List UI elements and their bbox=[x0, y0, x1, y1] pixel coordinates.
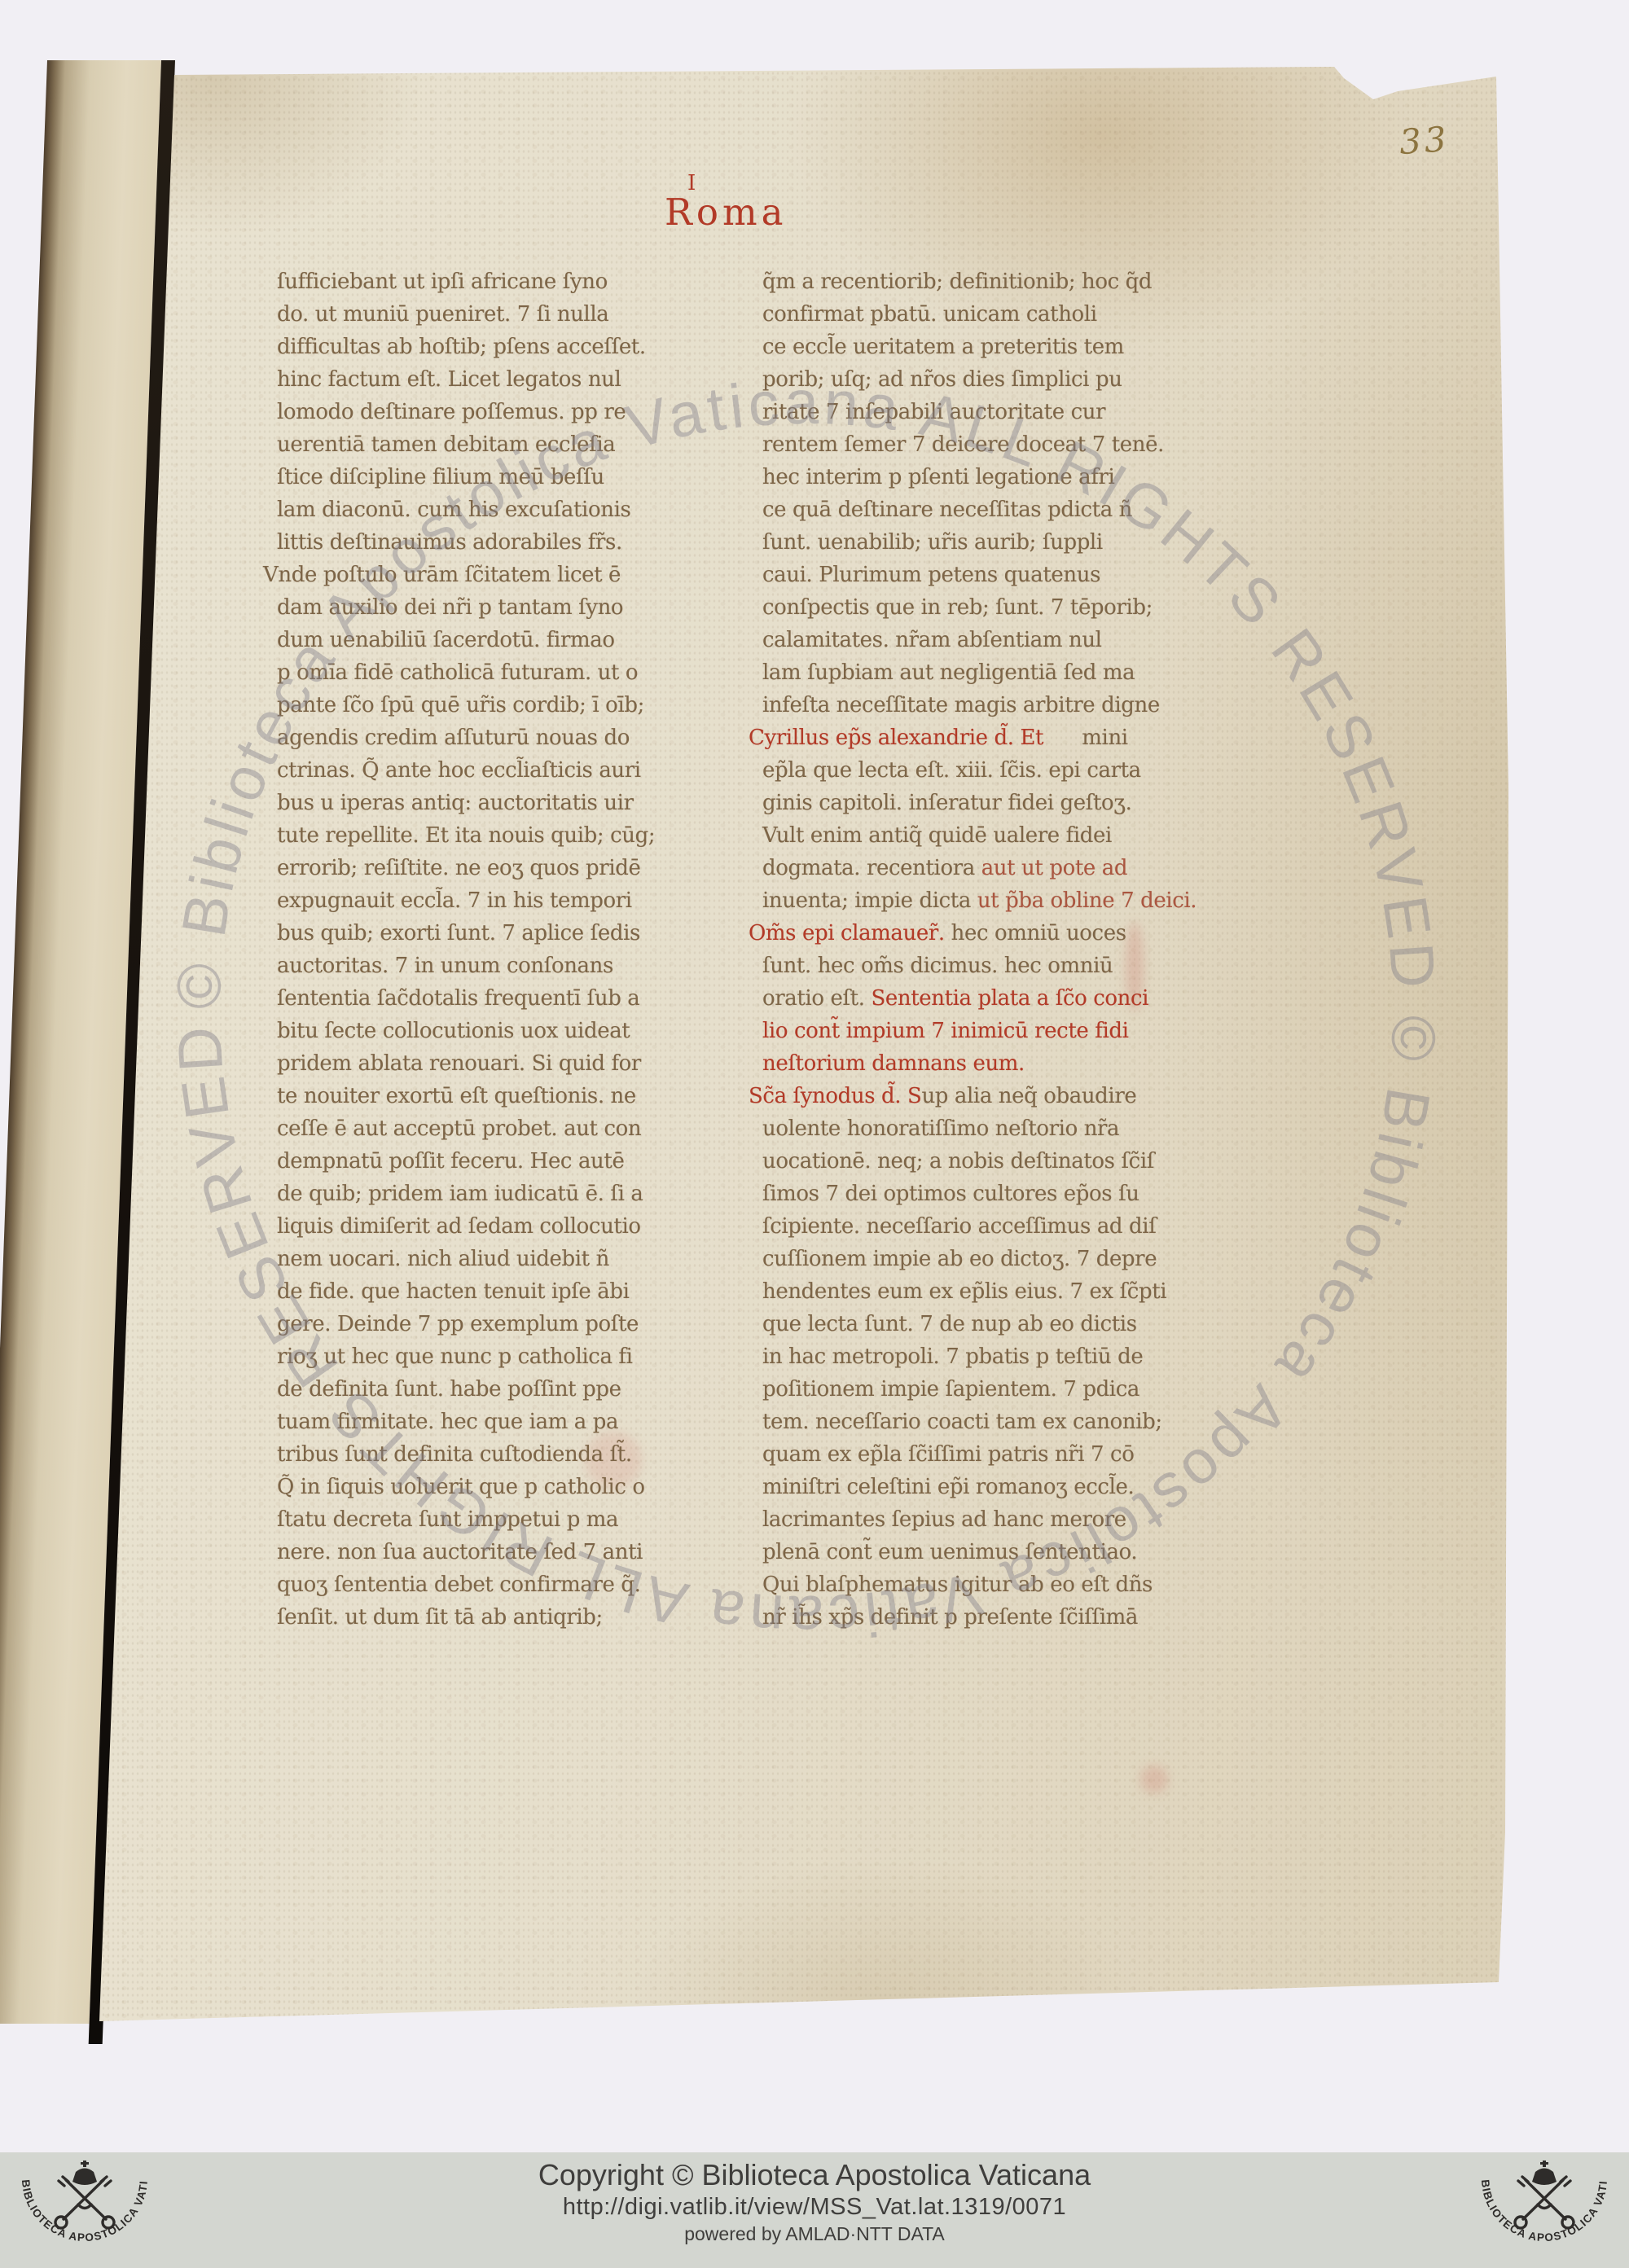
manuscript-line: lio cont̃ impium 7 inimicū recte fidi bbox=[762, 1015, 1231, 1047]
manuscript-line: ſimos 7 dei optimos cultores ep̃os ſu bbox=[762, 1178, 1231, 1210]
text-segment: do. ut muniū pueniret. 7 ſi nulla bbox=[277, 302, 608, 327]
text-segment: ctrinas. Q̃ ante hoc eccl̃iaſticis auri bbox=[277, 758, 641, 783]
manuscript-line: tribus ſunt definita cuſtodienda ſt̃. bbox=[277, 1438, 745, 1471]
manuscript-line: de fide. que hacten tenuit ipſe ābi bbox=[277, 1275, 745, 1308]
manuscript-line: rioʒ ut hec que nunc p catholica fi bbox=[277, 1340, 745, 1373]
manuscript-line: conſpectis que in reb; ſunt. 7 tēporib; bbox=[762, 591, 1231, 624]
manuscript-line: dogmata. recentiora aut ut pote ad bbox=[762, 852, 1231, 884]
text-segment: difficultas ab hoſtib; pſens acceſſet. bbox=[277, 335, 646, 359]
text-segment: tuam firmitate. hec que iam a pa bbox=[277, 1410, 618, 1434]
manuscript-line: ſunt. hec om̃s dicimus. hec omniū bbox=[762, 950, 1231, 982]
manuscript-line: infeſta neceſſitate magis arbitre digne bbox=[762, 689, 1231, 722]
rubric-segment: Sc̃a ſynodus d̃. S bbox=[749, 1084, 921, 1108]
text-segment: lacrimantes ſepius ad hanc merore bbox=[762, 1507, 1126, 1532]
text-segment: tribus ſunt definita cuſtodienda ſt̃. bbox=[277, 1442, 632, 1467]
copyright-line: Copyright © Biblioteca Apostolica Vatica… bbox=[538, 2158, 1091, 2192]
manuscript-line: Vnde poſtulo urām ſc̃itatem licet ē bbox=[263, 559, 745, 591]
text-segment: conſpectis que in reb; ſunt. 7 tēporib; bbox=[762, 595, 1153, 620]
text-segment: ce eccl̃e ueritatem a preteritis tem bbox=[762, 335, 1124, 359]
manuscript-line: Q̃ in ſiquis uoluerit que p catholic o bbox=[277, 1471, 745, 1503]
manuscript-line: ſtice diſcipline filium meū beſſu bbox=[277, 461, 745, 494]
rubric-segment: ut p̃ba obline 7 deici. bbox=[977, 888, 1197, 913]
manuscript-line: lam diaconū. cum his excuſationis bbox=[277, 494, 745, 526]
manuscript-line: Sc̃a ſynodus d̃. Sup alia neq̃ obaudire bbox=[749, 1080, 1231, 1112]
manuscript-page: I Roma 33 ſufficiebant ut ipſi africane … bbox=[81, 57, 1539, 2028]
text-segment: rentem ſemer 7 deicere doceat 7 tenē. bbox=[762, 432, 1164, 457]
text-segment: ſufficiebant ut ipſi africane ſyno bbox=[277, 270, 608, 294]
text-segment: hinc factum eſt. Licet legatos nul bbox=[277, 367, 621, 392]
text-segment: bus u iperas antiq: auctoritatis uir bbox=[277, 791, 634, 815]
manuscript-line: nem uocari. nich aliud uidebit ñ bbox=[277, 1243, 745, 1275]
manuscript-line: Cyrillus ep̃s alexandrie d̃. Et mini bbox=[749, 722, 1231, 754]
text-segment: miniſtri celeſtini ep̃i romanoʒ eccl̃e. bbox=[762, 1475, 1134, 1499]
manuscript-line: inuenta; impie dicta ut p̃ba obline 7 de… bbox=[762, 884, 1231, 917]
manuscript-line: miniſtri celeſtini ep̃i romanoʒ eccl̃e. bbox=[762, 1471, 1231, 1503]
text-segment: uerentiā tamen debitam eccleſia bbox=[277, 432, 615, 457]
text-segment: Vnde poſtulo urām ſc̃itatem licet ē bbox=[263, 563, 621, 587]
text-segment: agendis credim aſſuturū nouas do bbox=[277, 726, 630, 750]
text-segment: poſitionem impie ſapientem. 7 pdica bbox=[762, 1377, 1139, 1402]
manuscript-line: hendentes eum ex ep̃lis eius. 7 ex ſc̃pt… bbox=[762, 1275, 1231, 1308]
text-segment: confirmat pbatū. unicam catholi bbox=[762, 302, 1097, 327]
manuscript-line: in hac metropoli. 7 pbatis p teſtiū de bbox=[762, 1340, 1231, 1373]
manuscript-line: ſufficiebant ut ipſi africane ſyno bbox=[277, 265, 745, 298]
rubric-segment: neſtorium damnans eum. bbox=[762, 1051, 1025, 1076]
rubric-segment: lio cont̃ impium 7 inimicū recte fidi bbox=[762, 1019, 1129, 1043]
text-segment: tute repellite. Et ita nouis quib; cūg; bbox=[277, 823, 655, 848]
text-segment: ep̃la que lecta eſt. xiii. ſc̃is. epi ca… bbox=[762, 758, 1141, 783]
manuscript-line: tute repellite. Et ita nouis quib; cūg; bbox=[277, 819, 745, 852]
rubric-segment: Cyrillus ep̃s alexandrie d̃. Et bbox=[749, 726, 1043, 750]
rubric-segment: Sententia plata a ſc̃o conci bbox=[871, 986, 1148, 1011]
text-segment: nem uocari. nich aliud uidebit ñ bbox=[277, 1247, 609, 1271]
text-segment: tem. neceſſario coacti tam ex canonib; bbox=[762, 1410, 1162, 1434]
text-segment: ſunt. hec om̃s dicimus. hec omniū bbox=[762, 954, 1113, 978]
manuscript-line: Vult enim antiq̃ quidē ualere fidei bbox=[762, 819, 1231, 852]
source-url: http://digi.vatlib.it/view/MSS_Vat.lat.1… bbox=[563, 2192, 1066, 2222]
folio-number: 33 bbox=[1398, 119, 1451, 162]
manuscript-line: auctoritas. 7 in unum conſonans bbox=[277, 950, 745, 982]
manuscript-line: dam auxilio dei nr̃i p tantam ſyno bbox=[277, 591, 745, 624]
rubric-segment: aut ut pote ad bbox=[981, 856, 1127, 880]
text-segment: auctoritas. 7 in unum conſonans bbox=[277, 954, 613, 978]
manuscript-line: pante ſc̃o ſpū quē ur̃is cordib; ī oīb; bbox=[277, 689, 745, 722]
manuscript-line: ctrinas. Q̃ ante hoc eccl̃iaſticis auri bbox=[277, 754, 745, 787]
text-segment: dogmata. recentiora bbox=[762, 856, 981, 880]
manuscript-line: de definita ſunt. habe poſſint ppe bbox=[277, 1373, 745, 1406]
manuscript-line: dum uenabiliū ſacerdotū. firmao bbox=[277, 624, 745, 656]
text-segment: rioʒ ut hec que nunc p catholica fi bbox=[277, 1345, 633, 1369]
manuscript-line: te nouiter exortū eſt queſtionis. ne bbox=[277, 1080, 745, 1112]
manuscript-line: uolente honoratiſſimo neſtorio nr̃a bbox=[762, 1112, 1231, 1145]
text-segment: te nouiter exortū eſt queſtionis. ne bbox=[277, 1084, 636, 1108]
text-segment: hec interim p pſenti legatione afri bbox=[762, 465, 1114, 489]
manuscript-line: Om̃s epi clamauer̃. hec omniū uoces bbox=[749, 917, 1231, 950]
text-segment: lam diaconū. cum his excuſationis bbox=[277, 498, 630, 522]
text-segment: uocationē. neq; a nobis deſtinatos ſc̃iſ bbox=[762, 1149, 1154, 1173]
text-segment: dempnatū poſſit feceru. Hec autē bbox=[277, 1149, 624, 1173]
manuscript-line: ep̃la que lecta eſt. xiii. ſc̃is. epi ca… bbox=[762, 754, 1231, 787]
manuscript-line: cuſſionem impie ab eo dictoʒ. 7 depre bbox=[762, 1243, 1231, 1275]
text-segment: dam auxilio dei nr̃i p tantam ſyno bbox=[277, 595, 623, 620]
manuscript-line: oratio eſt. Sententia plata a ſc̃o conci bbox=[762, 982, 1231, 1015]
manuscript-line: ſunt. uenabilib; ur̃is aurib; ſuppli bbox=[762, 526, 1231, 559]
text-segment: caui. Plurimum petens quatenus bbox=[762, 563, 1100, 587]
manuscript-line: hinc factum eſt. Licet legatos nul bbox=[277, 363, 745, 396]
manuscript-line: ginis capitoli. inſeratur fidei geſtoʒ. bbox=[762, 787, 1231, 819]
text-segment: uolente honoratiſſimo neſtorio nr̃a bbox=[762, 1116, 1119, 1141]
manuscript-line: bus quib; exorti ſunt. 7 aplice ſedis bbox=[277, 917, 745, 950]
manuscript-line: ſenſit. ut dum ſit tā ab antiqrib; bbox=[277, 1601, 745, 1634]
text-segment: p omīa fidē catholicā futuram. ut o bbox=[277, 660, 638, 685]
manuscript-line: errorib; reſiſtite. ne eoʒ quos pridē bbox=[277, 852, 745, 884]
text-segment: ſenſit. ut dum ſit tā ab antiqrib; bbox=[277, 1605, 603, 1630]
text-segment: calamitates. nr̃am abſentiam nul bbox=[762, 628, 1102, 652]
manuscript-line: ce eccl̃e ueritatem a preteritis tem bbox=[762, 331, 1231, 363]
manuscript-line: ſtatu decreta ſunt imppetui p ma bbox=[277, 1503, 745, 1536]
manuscript-line: difficultas ab hoſtib; pſens acceſſet. bbox=[277, 331, 745, 363]
text-segment: in hac metropoli. 7 pbatis p teſtiū de bbox=[762, 1345, 1143, 1369]
text-segment: nr̃ ih̃s xp̃s definit p preſente ſc̃iſſi… bbox=[762, 1605, 1138, 1630]
text-segment: mini bbox=[1043, 726, 1128, 750]
text-segment: gere. Deinde 7 pp exemplum poſte bbox=[277, 1312, 639, 1336]
text-segment: lam ſupbiam aut negligentiā ſed ma bbox=[762, 660, 1135, 685]
manuscript-line: hec interim p pſenti legatione afri bbox=[762, 461, 1231, 494]
text-segment: porib; uſq; ad nr̃os dies ſimplici pu bbox=[762, 367, 1122, 392]
text-segment: lomodo deſtinare poſſemus. pp re bbox=[277, 400, 626, 424]
ink-stain bbox=[1140, 1766, 1168, 1793]
manuscript-line: ſcipiente. neceſſario acceſſimus ad diſ bbox=[762, 1210, 1231, 1243]
manuscript-line: plenā cont̃ eum uenimus ſententiao. bbox=[762, 1536, 1231, 1568]
text-segment: dum uenabiliū ſacerdotū. firmao bbox=[277, 628, 615, 652]
manuscript-line: gere. Deinde 7 pp exemplum poſte bbox=[277, 1308, 745, 1340]
text-segment: infeſta neceſſitate magis arbitre digne bbox=[762, 693, 1160, 717]
papal-keys-tiara-icon bbox=[1515, 2161, 1574, 2228]
manuscript-line: ſententia ſac̃dotalis frequentī ſub a bbox=[277, 982, 745, 1015]
text-segment: de quib; pridem iam iudicatū ē. ſi a bbox=[277, 1182, 643, 1206]
manuscript-line: q̃m a recentiorib; definitionib; hoc q̃d bbox=[762, 265, 1231, 298]
text-segment: quoʒ ſententia debet confirmare q̃. bbox=[277, 1573, 641, 1597]
text-segment: que lecta ſunt. 7 de nup ab eo dictis bbox=[762, 1312, 1137, 1336]
text-segment: ſtatu decreta ſunt imppetui p ma bbox=[277, 1507, 618, 1532]
text-segment: inuenta; impie dicta bbox=[762, 888, 977, 913]
manuscript-line: lam ſupbiam aut negligentiā ſed ma bbox=[762, 656, 1231, 689]
manuscript-line: bus u iperas antiq: auctoritatis uir bbox=[277, 787, 745, 819]
manuscript-line: quam ex ep̃la ſc̃iſſimi patris nr̃i 7 cō bbox=[762, 1438, 1231, 1471]
manuscript-line: ceſſe ē aut acceptū probet. aut con bbox=[277, 1112, 745, 1145]
manuscript-line: caui. Plurimum petens quatenus bbox=[762, 559, 1231, 591]
text-segment: pridem ablata renouari. Si quid for bbox=[277, 1051, 641, 1076]
text-segment: Qui blaſphematus igitur ab eo eſt dñs bbox=[762, 1573, 1153, 1597]
text-segment: hendentes eum ex ep̃lis eius. 7 ex ſc̃pt… bbox=[762, 1279, 1166, 1304]
running-header-block: I Roma bbox=[665, 173, 787, 231]
copyright-text-block: Copyright © Biblioteca Apostolica Vatica… bbox=[0, 2152, 1629, 2268]
text-segment: de fide. que hacten tenuit ipſe ābi bbox=[277, 1279, 630, 1304]
text-segment: bitu ſecte collocutionis uox uideat bbox=[277, 1019, 630, 1043]
manuscript-line: dempnatū poſſit feceru. Hec autē bbox=[277, 1145, 745, 1178]
text-segment: cuſſionem impie ab eo dictoʒ. 7 depre bbox=[762, 1247, 1157, 1271]
manuscript-line: calamitates. nr̃am abſentiam nul bbox=[762, 624, 1231, 656]
manuscript-line: lacrimantes ſepius ad hanc merore bbox=[762, 1503, 1231, 1536]
text-segment: plenā cont̃ eum uenimus ſententiao. bbox=[762, 1540, 1137, 1564]
text-column-right: q̃m a recentiorib; definitionib; hoc q̃d… bbox=[762, 265, 1231, 1634]
text-segment: littis deſtinauimus adorabiles fr̃s. bbox=[277, 530, 622, 555]
manuscript-line: de quib; pridem iam iudicatū ē. ſi a bbox=[277, 1178, 745, 1210]
manuscript-line: tuam firmitate. hec que iam a pa bbox=[277, 1406, 745, 1438]
text-segment: oratio eſt. bbox=[762, 986, 871, 1011]
text-segment: ſimos 7 dei optimos cultores ep̃os ſu bbox=[762, 1182, 1139, 1206]
text-segment: bus quib; exorti ſunt. 7 aplice ſedis bbox=[277, 921, 640, 945]
text-segment: quam ex ep̃la ſc̃iſſimi patris nr̃i 7 cō bbox=[762, 1442, 1134, 1467]
manuscript-line: pridem ablata renouari. Si quid for bbox=[277, 1047, 745, 1080]
manuscript-line: tem. neceſſario coacti tam ex canonib; bbox=[762, 1406, 1231, 1438]
text-segment: ritate 7 inſepabili auctoritate cur bbox=[762, 400, 1105, 424]
copyright-bar: BIBLIOTECA APOSTOLICA VATICANA bbox=[0, 2152, 1629, 2268]
manuscript-line: expugnauit eccl̃a. 7 in his tempori bbox=[277, 884, 745, 917]
manuscript-line: uocationē. neq; a nobis deſtinatos ſc̃iſ bbox=[762, 1145, 1231, 1178]
manuscript-line: p omīa fidē catholicā futuram. ut o bbox=[277, 656, 745, 689]
manuscript-line: rentem ſemer 7 deicere doceat 7 tenē. bbox=[762, 428, 1231, 461]
manuscript-line: porib; uſq; ad nr̃os dies ſimplici pu bbox=[762, 363, 1231, 396]
manuscript-line: ritate 7 inſepabili auctoritate cur bbox=[762, 396, 1231, 428]
text-column-left: ſufficiebant ut ipſi africane ſynodo. ut… bbox=[277, 265, 745, 1634]
text-segment: up alia neq̃ obaudire bbox=[921, 1084, 1136, 1108]
text-segment: Vult enim antiq̃ quidē ualere fidei bbox=[762, 823, 1112, 848]
vatican-library-logo-right: BIBLIOTECA APOSTOLICA VATICANA bbox=[1471, 2157, 1618, 2265]
manuscript-scan-viewer: I Roma 33 ſufficiebant ut ipſi africane … bbox=[0, 0, 1629, 2268]
manuscript-line: bitu ſecte collocutionis uox uideat bbox=[277, 1015, 745, 1047]
text-segment: liquis dimiſerit ad ſedam collocutio bbox=[277, 1214, 641, 1239]
text-segment: ſtice diſcipline filium meū beſſu bbox=[277, 465, 604, 489]
text-segment: de definita ſunt. habe poſſint ppe bbox=[277, 1377, 621, 1402]
manuscript-line: Qui blaſphematus igitur ab eo eſt dñs bbox=[762, 1568, 1231, 1601]
manuscript-line: littis deſtinauimus adorabiles fr̃s. bbox=[277, 526, 745, 559]
text-segment: q̃m a recentiorib; definitionib; hoc q̃d bbox=[762, 270, 1152, 294]
text-segment: ſunt. uenabilib; ur̃is aurib; ſuppli bbox=[762, 530, 1103, 555]
text-segment: pante ſc̃o ſpū quē ur̃is cordib; ī oīb; bbox=[277, 693, 644, 717]
manuscript-line: quoʒ ſententia debet confirmare q̃. bbox=[277, 1568, 745, 1601]
text-segment: Q̃ in ſiquis uoluerit que p catholic o bbox=[277, 1475, 645, 1499]
manuscript-line: confirmat pbatū. unicam catholi bbox=[762, 298, 1231, 331]
manuscript-line: ce quā deſtinare neceſſitas pdicta ñ bbox=[762, 494, 1231, 526]
manuscript-line: liquis dimiſerit ad ſedam collocutio bbox=[277, 1210, 745, 1243]
powered-by-line: powered by AMLAD·NTT DATA bbox=[684, 2222, 945, 2246]
manuscript-line: do. ut muniū pueniret. 7 ſi nulla bbox=[277, 298, 745, 331]
text-segment: ce quā deſtinare neceſſitas pdicta ñ bbox=[762, 498, 1132, 522]
manuscript-line: lomodo deſtinare poſſemus. pp re bbox=[277, 396, 745, 428]
rubric-segment: Om̃s epi clamauer̃. bbox=[749, 921, 951, 945]
text-segment: nere. non ſua auctoritate ſed 7 anti bbox=[277, 1540, 643, 1564]
text-segment: hec omniū uoces bbox=[951, 921, 1126, 945]
manuscript-line: uerentiā tamen debitam eccleſia bbox=[277, 428, 745, 461]
manuscript-line: agendis credim aſſuturū nouas do bbox=[277, 722, 745, 754]
manuscript-line: nere. non ſua auctoritate ſed 7 anti bbox=[277, 1536, 745, 1568]
manuscript-line: neſtorium damnans eum. bbox=[762, 1047, 1231, 1080]
manuscript-line: nr̃ ih̃s xp̃s definit p preſente ſc̃iſſi… bbox=[762, 1601, 1231, 1634]
text-segment: ginis capitoli. inſeratur fidei geſtoʒ. bbox=[762, 791, 1131, 815]
text-segment: ſcipiente. neceſſario acceſſimus ad diſ bbox=[762, 1214, 1156, 1239]
text-segment: ceſſe ē aut acceptū probet. aut con bbox=[277, 1116, 641, 1141]
manuscript-line: poſitionem impie ſapientem. 7 pdica bbox=[762, 1373, 1231, 1406]
text-segment: errorib; reſiſtite. ne eoʒ quos pridē bbox=[277, 856, 640, 880]
text-segment: ſententia ſac̃dotalis frequentī ſub a bbox=[277, 986, 639, 1011]
text-segment: expugnauit eccl̃a. 7 in his tempori bbox=[277, 888, 632, 913]
running-header: Roma bbox=[665, 191, 787, 234]
manuscript-line: que lecta ſunt. 7 de nup ab eo dictis bbox=[762, 1308, 1231, 1340]
